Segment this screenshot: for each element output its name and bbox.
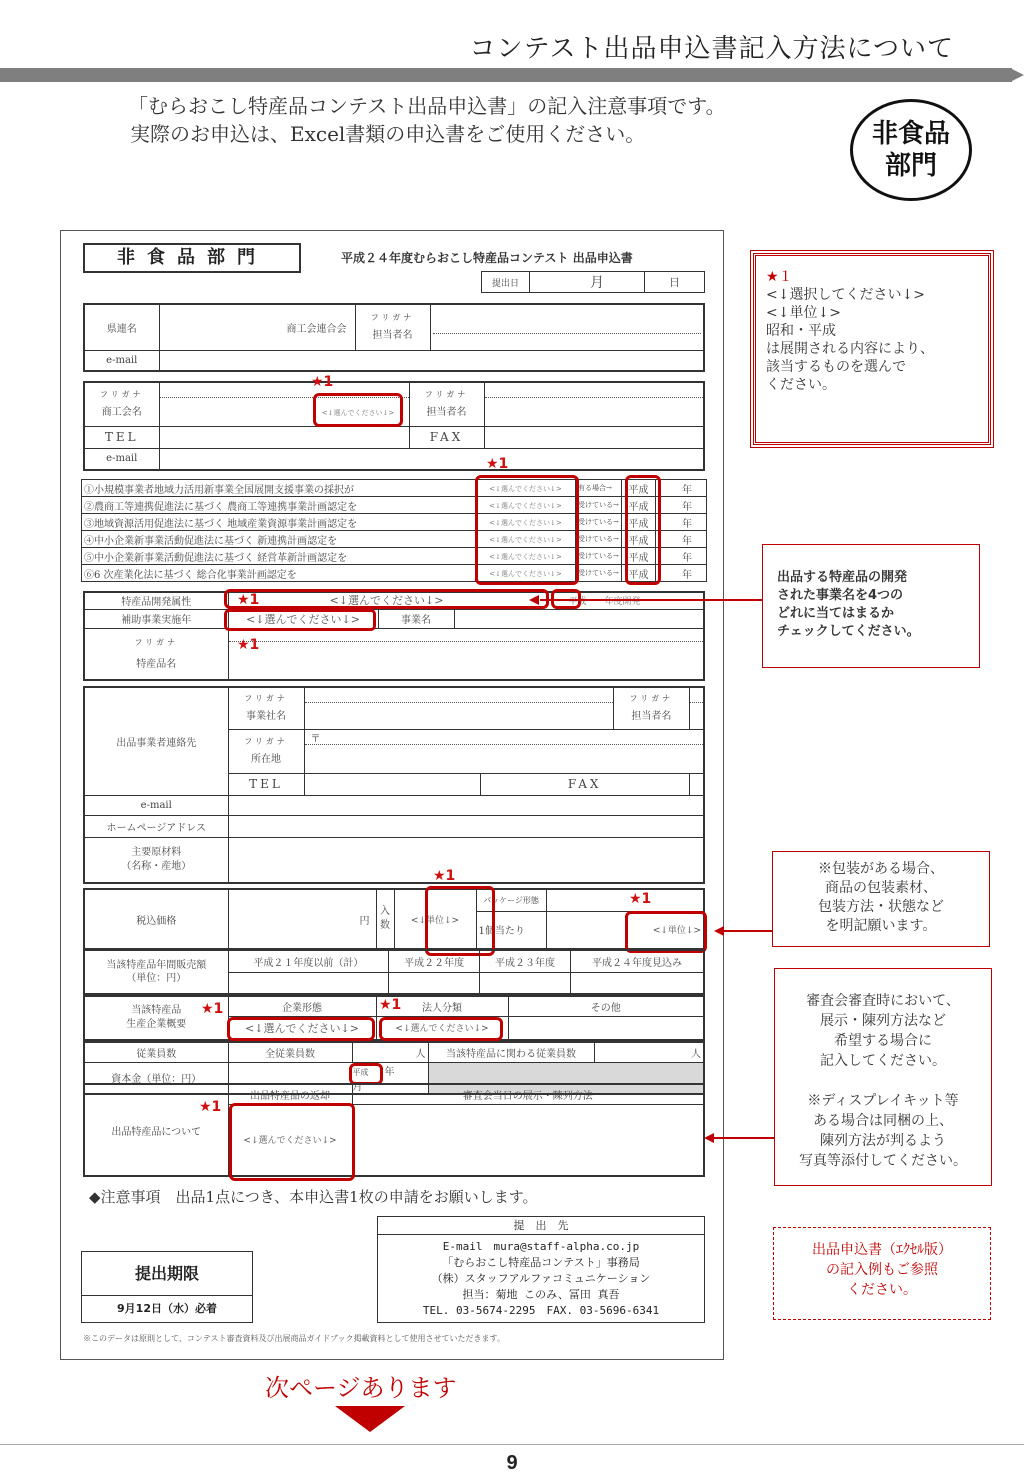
leader-line <box>540 599 762 601</box>
program-year-field[interactable]: 年 <box>656 514 707 531</box>
page-number: 9 <box>0 1452 1024 1475</box>
destination-line: 「むらおこし特産品コンテスト」事務局 <box>378 1255 704 1271</box>
submit-day-field[interactable]: 日 <box>645 272 705 293</box>
destination-line: TEL. 03-5674-2295 FAX. 03-5696-6341 <box>378 1303 704 1319</box>
note-select-instructions: ★１ <↓選択してください↓><↓単位↓>昭和・平成は展開される内容により、該当… <box>753 253 991 445</box>
note-line: ください。 <box>766 376 978 394</box>
badge-line-1: 非食品 <box>853 118 969 150</box>
program-era-highlight <box>625 475 661 585</box>
exhibitor-tel-field[interactable] <box>304 773 480 795</box>
note-line: 陳列方法が判るよう <box>775 1131 991 1151</box>
form-category-title: 非食品部門 <box>83 243 301 273</box>
quantity-unit-highlight <box>425 886 495 956</box>
note-line: どれに当てはまるか <box>777 605 965 623</box>
corp-form-highlight <box>227 1017 375 1041</box>
sales-value-field[interactable] <box>570 972 704 994</box>
note-line: 審査会審査時において、 <box>775 991 991 1011</box>
program-select-highlight <box>475 475 579 585</box>
destination-title: 提 出 先 <box>378 1217 704 1235</box>
destination-line: （株）スタッフアルファコミュニケーション <box>378 1271 704 1287</box>
arrow-left-icon <box>714 926 724 936</box>
program-status: 受けている→ <box>576 531 622 548</box>
next-page-label: 次ページあります <box>265 1368 457 1403</box>
program-row: ③地域資源活用促進法に基づく 地域産業資源事業計画認定を<↓選んでください↓>受… <box>82 514 707 531</box>
form-heading: 平成２４年度むらおこし特産品コンテスト 出品申込書 <box>341 249 633 266</box>
federation-email-label: e-mail <box>84 350 159 371</box>
federation-label: 県連名 <box>84 304 159 350</box>
corp-form-label: 企業形態 <box>228 996 376 1016</box>
star-marker: ★1 <box>237 637 259 653</box>
exhibitor-fax-label: FAX <box>480 773 689 795</box>
price-label: 税込価格 <box>84 889 228 949</box>
note-line: 商品の包装素材、 <box>773 879 989 898</box>
price-section: 税込価格 円 入数 <↓単位↓> パッケージ形態 1個当たり <↓単位↓> <box>83 888 705 950</box>
submit-month-field[interactable]: 月 <box>530 272 645 293</box>
company-label: フリガナ事業社名 <box>228 687 304 729</box>
down-arrow-icon <box>335 1406 405 1432</box>
note-star: ★１ <box>766 268 978 286</box>
destination-line: 担当：菊地 このみ、冨田 真吾 <box>378 1287 704 1303</box>
program-row: ⑥6 次産業化法に基づく 総合化事業計画認定を<↓選んでください↓>受けている→… <box>82 565 707 582</box>
materials-label: 主要原材料（名称・産地） <box>84 837 228 883</box>
note-line: ください。 <box>774 1280 990 1300</box>
product-name-field[interactable] <box>228 628 704 680</box>
arrow-left-icon <box>704 1133 714 1143</box>
note-line: チェックしてください。 <box>777 623 965 641</box>
chamber-name-label: フリガナ商工会名 <box>84 382 159 426</box>
sales-value-field[interactable] <box>389 972 480 994</box>
header-band <box>0 68 1012 82</box>
program-list: ①小規模事業者地域力活用新事業全国展開支援事業の採択が<↓選んでください↓>有る… <box>81 479 707 582</box>
submit-date-label: 提出日 <box>482 272 530 293</box>
destination-line: E-mail mura@staff-alpha.co.jp <box>378 1239 704 1255</box>
federation-contact-label: フリガナ担当者名 <box>355 304 430 350</box>
program-text: ⑤中小企業新事業活動促進法に基づく 経営革新計画認定を <box>82 548 476 565</box>
program-status: 受けている→ <box>576 565 622 582</box>
sales-year-label: 平成２４年度見込み <box>570 950 704 972</box>
dev-attr-label: 特産品開発属性 <box>84 592 228 609</box>
about-product-section: 出品特産品について 出品特産品の返却 審査会当日の展示・陳列方法 <↓選んでくだ… <box>83 1083 705 1177</box>
note-line: 出品する特産品の開発 <box>777 569 965 587</box>
exhibitor-fax-field[interactable] <box>689 773 704 795</box>
note-line: を明記願います。 <box>773 917 989 936</box>
destination-details: E-mail mura@staff-alpha.co.jp「むらおこし特産品コン… <box>378 1235 704 1319</box>
note-excel-example: 出品申込書（ｴｸｾﾙ版）の記入例もご参照ください。 <box>773 1227 991 1320</box>
chamber-fax-field[interactable] <box>484 426 704 448</box>
about-product-label: 出品特産品について <box>84 1084 228 1176</box>
intro-line-2: 実際のお申込は、Excel書類の申込書をご使用ください。 <box>128 120 726 148</box>
program-year-field[interactable]: 年 <box>656 565 707 582</box>
deadline-title: 提出期限 <box>82 1252 252 1296</box>
header-band-arrow-icon <box>1010 68 1024 82</box>
note-line: 該当するものを選んで <box>766 358 978 376</box>
star-marker: ★1 <box>311 374 333 390</box>
note-line: 写真等添付してください。 <box>775 1151 991 1171</box>
note1-lines: <↓選択してください↓><↓単位↓>昭和・平成は展開される内容により、該当するも… <box>766 286 978 394</box>
package-unit-highlight <box>625 911 707 953</box>
sales-value-field[interactable] <box>228 972 389 994</box>
program-text: ⑥6 次産業化法に基づく 総合化事業計画認定を <box>82 565 476 582</box>
note-display: 審査会審査時において、展示・陳列方法など希望する場合に記入してください。※ディス… <box>774 968 992 1186</box>
chamber-contact-label: フリガナ担当者名 <box>409 382 484 426</box>
program-text: ③地域資源活用促進法に基づく 地域産業資源事業計画認定を <box>82 514 476 531</box>
note-line: 昭和・平成 <box>766 322 978 340</box>
note-line: 出品申込書（ｴｸｾﾙ版） <box>774 1240 990 1260</box>
destination-box: 提 出 先 E-mail mura@staff-alpha.co.jp「むらおこ… <box>377 1216 705 1323</box>
exhibitor-email-field[interactable] <box>228 795 704 815</box>
chamber-tel-label: TEL <box>84 426 159 448</box>
price-field[interactable]: 円 <box>228 889 376 949</box>
address-label: フリガナ所在地 <box>228 729 304 773</box>
federation-email-field[interactable] <box>159 350 704 371</box>
note-line <box>775 1071 991 1091</box>
program-row: ②農商工等連携促進法に基づく 農商工等連携事業計画認定を<↓選んでください↓>受… <box>82 497 707 514</box>
leader-line <box>724 930 772 932</box>
note-line: された事業名を4つの <box>777 587 965 605</box>
star-marker: ★1 <box>379 997 401 1013</box>
intro-text: 「むらおこし特産品コンテスト出品申込書」の記入注意事項です。 実際のお申込は、E… <box>128 92 726 148</box>
deadline-box: 提出期限 9月12日（水）必着 <box>81 1251 253 1323</box>
sales-value-field[interactable] <box>480 972 571 994</box>
sales-year-label: 平成２１年度以前（計） <box>228 950 389 972</box>
exhibitor-tel-label: TEL <box>228 773 304 795</box>
company-field[interactable] <box>304 687 613 729</box>
program-status: 受けている→ <box>576 514 622 531</box>
all-employees-label: 全従業員数 <box>228 1042 352 1062</box>
category-badge: 非食品 部門 <box>850 99 972 201</box>
project-name-label: 事業名 <box>378 609 454 628</box>
footer-divider <box>0 1444 1024 1445</box>
dev-attr-select[interactable]: <↓選んでください↓> <box>224 589 549 609</box>
note-line: 展示・陳列方法など <box>775 1011 991 1031</box>
display-method-label: 審査会当日の展示・陳列方法 <box>352 1084 704 1104</box>
product-name-label: フリガナ特産品名 <box>84 628 228 680</box>
note-line: 希望する場合に <box>775 1031 991 1051</box>
display-method-field[interactable] <box>352 1104 704 1176</box>
capital-era-highlight <box>349 1063 383 1085</box>
address-field[interactable]: 〒 <box>304 729 704 773</box>
person-field[interactable] <box>689 687 704 729</box>
submit-date: 提出日 月 日 <box>481 271 705 293</box>
leader-line <box>714 1137 774 1139</box>
program-row: ⑤中小企業新事業活動促進法に基づく 経営革新計画認定を<↓選んでください↓>受け… <box>82 548 707 565</box>
federation-contact-field[interactable] <box>430 304 704 350</box>
subsidy-year-label: 補助事業実施年 <box>84 609 228 628</box>
note-line: の記入例もご参照 <box>774 1260 990 1280</box>
note-dev-attr: 出品する特産品の開発された事業名を4つのどれに当てはまるかチェックしてください。 <box>762 544 980 668</box>
related-employees-label: 当該特産品に関わる従業員数 <box>428 1042 594 1062</box>
all-employees-field[interactable]: 人 <box>352 1042 428 1062</box>
chamber-email-field[interactable] <box>159 448 704 470</box>
badge-line-2: 部門 <box>853 150 969 182</box>
other-field[interactable] <box>508 1016 704 1040</box>
employees-label: 従業員数 <box>84 1042 228 1062</box>
star-marker: ★1 <box>199 1099 221 1115</box>
exhibitor-contact-section: 出品事業者連絡先 フリガナ事業社名 フリガナ担当者名 フリガナ所在地 〒 TEL… <box>83 686 705 884</box>
materials-field[interactable] <box>228 837 704 883</box>
exhibitor-email-label: e-mail <box>84 795 228 815</box>
page-title: コンテスト出品申込書記入方法について <box>470 28 954 65</box>
person-label: フリガナ担当者名 <box>613 687 689 729</box>
star-marker: ★1 <box>629 891 651 907</box>
chamber-select[interactable]: <↓選んでください↓> <box>313 393 403 427</box>
intro-line-1: 「むらおこし特産品コンテスト出品申込書」の記入注意事項です。 <box>128 92 726 120</box>
other-label: その他 <box>508 996 704 1016</box>
chamber-fax-label: FAX <box>409 426 484 448</box>
package-field[interactable] <box>546 889 704 911</box>
sales-label: 当該特産品年間販売額（単位：円） <box>84 950 228 994</box>
homepage-label: ホームページアドレス <box>84 815 228 837</box>
program-status: 受けている→ <box>576 548 622 565</box>
federation-name-field[interactable]: 商工会連合会 <box>159 304 355 350</box>
arrow-left-icon <box>529 595 539 605</box>
sales-year-label: 平成２３年度 <box>480 950 571 972</box>
note-line: ※ディスプレイキット等 <box>775 1091 991 1111</box>
note-line: ある場合は同梱の上、 <box>775 1111 991 1131</box>
chamber-contact-field[interactable] <box>484 382 704 426</box>
chamber-tel-field[interactable] <box>159 426 409 448</box>
deadline-date: 9月12日（水）必着 <box>82 1296 252 1322</box>
star-marker: ★1 <box>201 1001 223 1017</box>
related-employees-field[interactable]: 人 <box>594 1042 704 1062</box>
program-year-field[interactable]: 年 <box>656 480 707 497</box>
program-year-field[interactable]: 年 <box>656 497 707 514</box>
note-line: 記入してください。 <box>775 1051 991 1071</box>
program-text: ④中小企業新事業活動促進法に基づく 新連携計画認定を <box>82 531 476 548</box>
note-packaging: ※包装がある場合、商品の包装素材、包装方法・状態などを明記願います。 <box>772 851 990 947</box>
sales-section: 当該特産品年間販売額（単位：円） 平成２１年度以前（計）平成２２年度平成２３年度… <box>83 949 705 995</box>
note-line: 包装方法・状態など <box>773 898 989 917</box>
program-year-field[interactable]: 年 <box>656 531 707 548</box>
star-marker: ★1 <box>486 456 508 472</box>
federation-section: 県連名 商工会連合会 フリガナ担当者名 e-mail <box>83 303 705 372</box>
star-marker: ★1 <box>433 868 455 884</box>
application-form: 非食品部門 平成２４年度むらおこし特産品コンテスト 出品申込書 提出日 月 日 … <box>60 230 724 1360</box>
program-text: ①小規模事業者地域力活用新事業全国展開支援事業の採択が <box>82 480 476 497</box>
note-line: は展開される内容により、 <box>766 340 978 358</box>
program-status: 受けている→ <box>576 497 622 514</box>
footnote: ※このデータは原則として、コンテスト審査資料及び出展商品ガイドブック掲載資料とし… <box>83 1333 505 1344</box>
notice-text: ◆注意事項 出品1点につき、本申込書1枚の申請をお願いします。 <box>89 1186 538 1207</box>
quantity-label: 入数 <box>376 889 394 949</box>
chamber-email-label: e-mail <box>84 448 159 470</box>
note-line: <↓単位↓> <box>766 304 978 322</box>
program-year-field[interactable]: 年 <box>656 548 707 565</box>
program-row: ④中小企業新事業活動促進法に基づく 新連携計画認定を<↓選んでください↓>受けて… <box>82 531 707 548</box>
program-status: 有る場合→ <box>576 480 622 497</box>
subsidy-year-highlight <box>224 609 376 631</box>
note-line: ※包装がある場合、 <box>773 860 989 879</box>
homepage-field[interactable] <box>228 815 704 837</box>
program-row: ①小規模事業者地域力活用新事業全国展開支援事業の採択が<↓選んでください↓>有る… <box>82 480 707 497</box>
sales-year-label: 平成２２年度 <box>389 950 480 972</box>
exhibitor-contact-label: 出品事業者連絡先 <box>84 687 228 795</box>
corp-class-highlight <box>379 1017 503 1041</box>
program-text: ②農商工等連携促進法に基づく 農商工等連携事業計画認定を <box>82 497 476 514</box>
note-line: <↓選択してください↓> <box>766 286 978 304</box>
return-label: 出品特産品の返却 <box>228 1084 352 1104</box>
project-name-field[interactable] <box>454 609 704 628</box>
return-select-highlight <box>229 1103 355 1181</box>
